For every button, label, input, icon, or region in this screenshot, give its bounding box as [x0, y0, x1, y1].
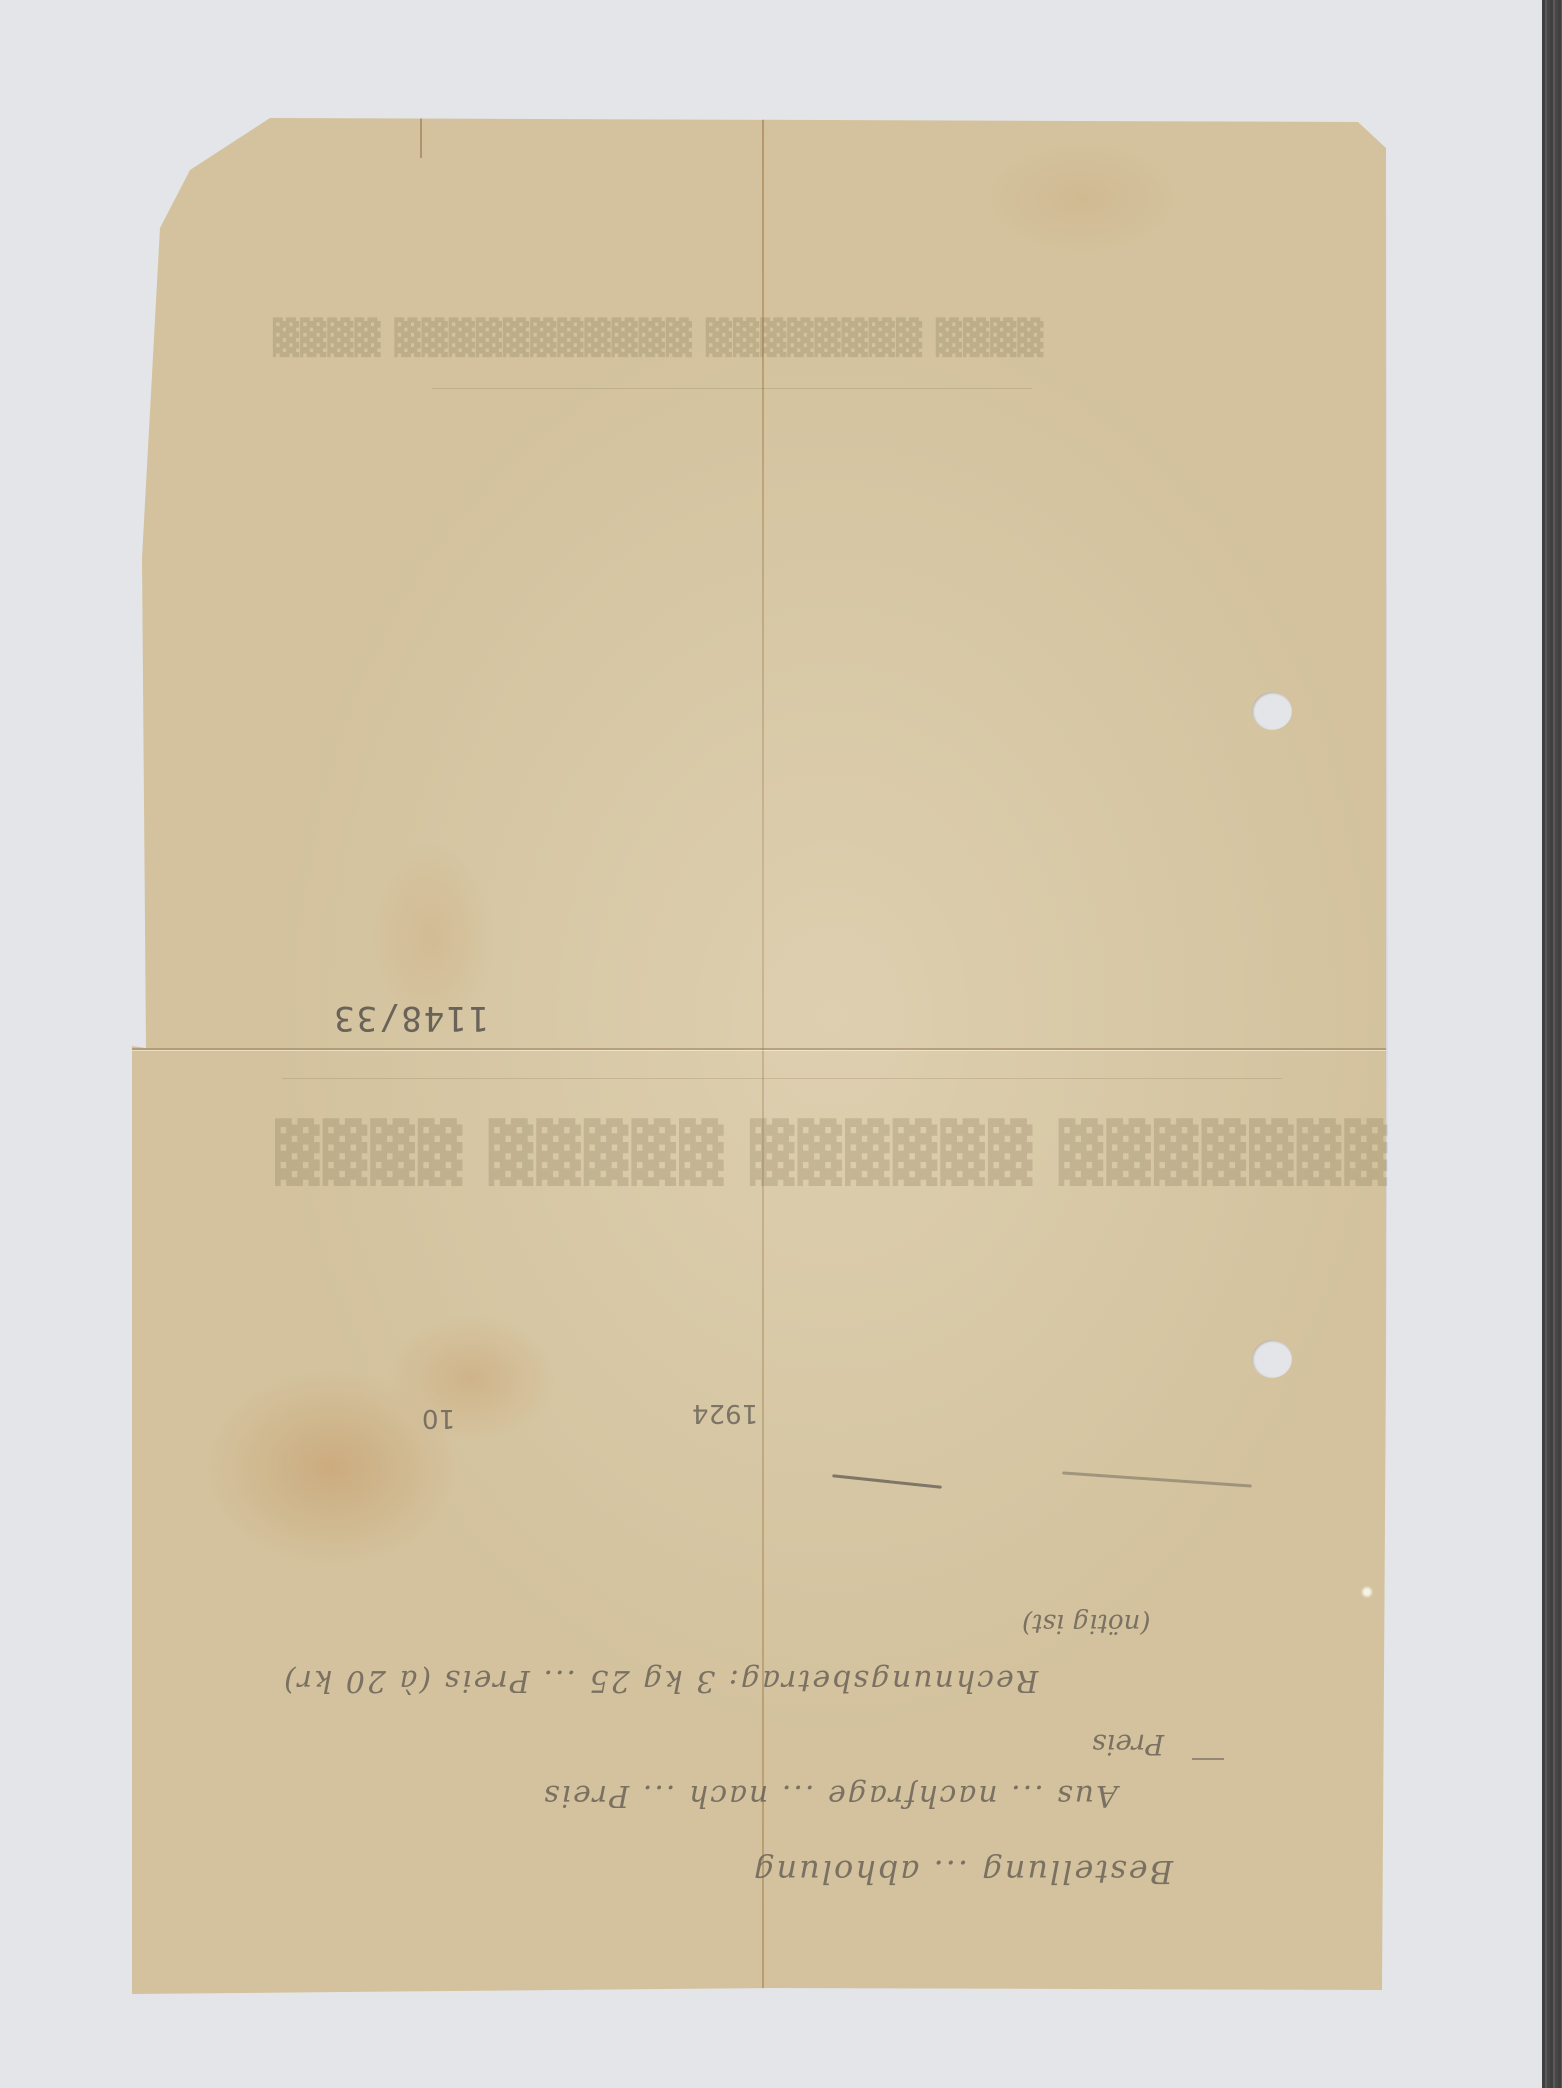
showthrough-rule [432, 388, 1032, 389]
punch-hole [1252, 692, 1292, 730]
punch-hole [1252, 1340, 1292, 1378]
archive-number-upside-down: 1148/33 [332, 998, 489, 1038]
horizontal-fold-crease [132, 1048, 1386, 1050]
ink-dash [1062, 1471, 1252, 1487]
handwritten-note-line: Rechnungsbetrag: 3 kg 25 ... Preis (à 20… [282, 1663, 1038, 1698]
ink-mark-upside-down: 1924 [692, 1398, 758, 1428]
ink-dash [832, 1474, 942, 1488]
top-edge-nick [420, 118, 422, 158]
handwritten-note-line: (nötig ist) [1022, 1608, 1150, 1638]
showthrough-rule [282, 1078, 1282, 1079]
ink-mark-upside-down: 10 [422, 1403, 455, 1433]
showthrough-header-text: ▓▓▓▓ ▓▓▓▓▓▓▓▓ ▓▓▓▓▓▓▓▓▓▓▓ ▓▓▓▓ [272, 318, 1044, 358]
dark-backdrop-strip [1542, 0, 1562, 2088]
handwritten-underline [1192, 1758, 1224, 1760]
handwritten-note-line: Bestellung ... abholung [752, 1853, 1173, 1891]
document-page: ▓▓▓▓ ▓▓▓▓▓▓▓▓ ▓▓▓▓▓▓▓▓▓▓▓ ▓▓▓▓ ▓▓▓▓▓▓▓▓▓… [132, 118, 1386, 1994]
vertical-fold-crease [762, 118, 764, 1994]
paper-speck [1360, 1586, 1374, 1598]
handwritten-note-line: Preis [1092, 1728, 1164, 1761]
handwritten-note-line: Aus ... nachfrage ... nach ... Preis [542, 1778, 1118, 1813]
showthrough-title-text: ▓▓▓▓▓▓▓▓▓ ▓▓▓▓▓▓ ▓▓▓▓▓ ▓▓▓▓ [272, 1118, 1484, 1186]
